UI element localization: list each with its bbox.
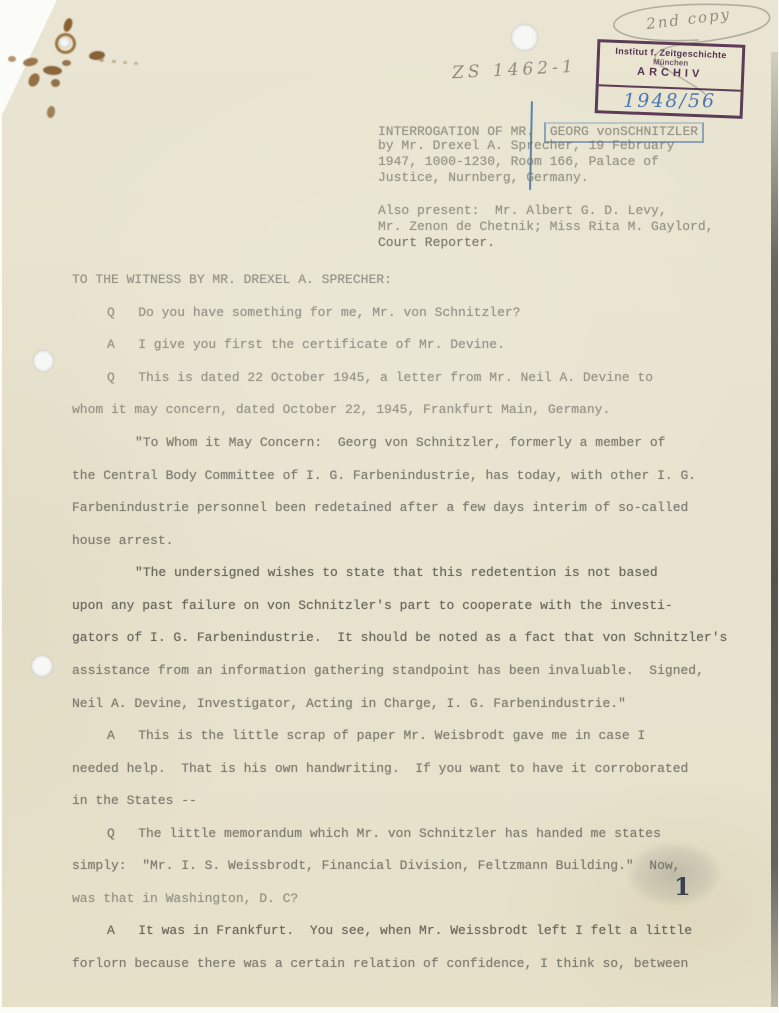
scanned-document-page: { "document": { "kind": "scanned typewri… — [0, 0, 779, 1013]
typed-line: assistance from an information gathering… — [72, 663, 704, 678]
header-line: Justice, Nurnberg, Germany. — [378, 170, 589, 185]
rust-stain — [112, 60, 116, 63]
header-line: by Mr. Drexel A. Sprecher, 19 February — [378, 138, 674, 153]
punch-hole — [59, 37, 70, 48]
archive-stamp: Institut f. Zeitgeschichte München ARCHI… — [595, 39, 746, 119]
stamp-number-row: 1948/56 — [598, 84, 741, 115]
typed-line: A It was in Frankfurt. You see, when Mr.… — [107, 923, 692, 938]
typed-line: was that in Washington, D. C? — [72, 891, 298, 906]
typed-line: A This is the little scrap of paper Mr. … — [107, 728, 645, 743]
typed-line: Neil A. Devine, Investigator, Acting in … — [72, 696, 626, 711]
rust-stain — [62, 60, 71, 66]
rust-stain — [51, 79, 60, 87]
typed-line: Q This is dated 22 October 1945, a lette… — [107, 370, 653, 385]
rust-stain — [123, 61, 127, 64]
typed-line: the Central Body Committee of I. G. Farb… — [72, 468, 696, 483]
typed-line: A I give you first the certificate of Mr… — [107, 337, 505, 352]
header-line: Also present: Mr. Albert G. D. Levy, — [378, 203, 667, 218]
typed-line: upon any past failure on von Schnitzler'… — [72, 598, 673, 613]
punch-hole — [511, 24, 538, 51]
rust-stain — [134, 62, 138, 65]
typed-line: simply: "Mr. I. S. Weissbrodt, Financial… — [72, 858, 681, 873]
typed-line: Q The little memorandum which Mr. von Sc… — [107, 826, 661, 841]
typed-line: "The undersigned wishes to state that th… — [135, 565, 658, 580]
header-title-prefix: INTERROGATION OF MR. — [378, 124, 542, 139]
punch-hole — [33, 350, 54, 372]
scan-edge-shadow — [771, 52, 778, 1007]
typed-line: in the States -- — [72, 793, 197, 808]
typed-line: whom it may concern, dated October 22, 1… — [72, 402, 610, 417]
typed-line: house arrest. — [72, 533, 173, 548]
attribution-heading: TO THE WITNESS BY MR. DREXEL A. SPRECHER… — [72, 272, 392, 287]
rust-stain — [99, 58, 104, 62]
header-line: Mr. Zenon de Chetnik; Miss Rita M. Gaylo… — [378, 219, 713, 234]
typed-line: Q Do you have something for me, Mr. von … — [107, 305, 520, 320]
typed-line: "To Whom it May Concern: Georg von Schni… — [135, 435, 666, 450]
header-line: Court Reporter. — [378, 235, 495, 250]
header-line: 1947, 1000-1230, Room 166, Palace of — [378, 154, 659, 169]
punch-hole — [31, 655, 53, 677]
typed-line: needed help. That is his own handwriting… — [72, 761, 688, 776]
page-number: 1 — [674, 872, 691, 901]
handwritten-archive-number: 1948/56 — [623, 90, 716, 112]
typed-line: Farbenindustrie personnel been redetaine… — [72, 500, 688, 515]
typed-line: forlorn because there was a certain rela… — [72, 956, 688, 971]
rust-stain — [8, 56, 16, 62]
typed-line: gators of I. G. Farbenindustrie. It shou… — [72, 630, 727, 645]
